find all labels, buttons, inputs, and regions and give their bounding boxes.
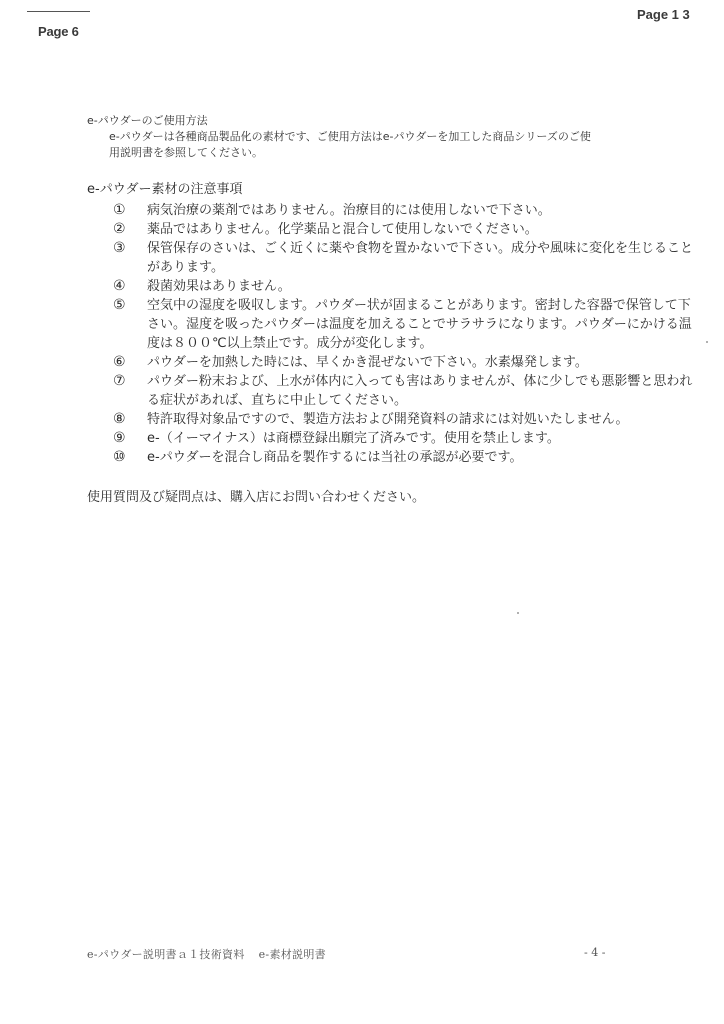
caution-text: 特許取得対象品ですので、製造方法および開発資料の請求には対処いたしません。: [147, 412, 629, 427]
caution-text: e-（イーマイナス）は商標登録出願完了済みです。使用を禁止します。: [147, 431, 560, 446]
top-rule-line: [27, 11, 90, 12]
caution-text: パウダー粉末および、上水が体内に入っても害はありませんが、体に少しでも悪影響と思…: [147, 374, 692, 408]
scan-speck: [706, 341, 708, 343]
caution-item: ② 薬品ではありません。化学薬品と混合して使用しないでください。: [87, 220, 697, 239]
page-label-left: Page 6: [38, 24, 79, 39]
caution-text: 空気中の湿度を吸収します。パウダー状が固まることがあります。密封した容器で保管し…: [147, 298, 692, 351]
caution-number: ①: [113, 201, 126, 220]
usage-section: e-パウダーのご使用方法 e-パウダーは各種商品製品化の素材です、ご使用方法はe…: [87, 113, 699, 161]
usage-body-line-2: 用説明書を参照してください。: [109, 145, 699, 161]
footer-doc-title: e-パウダー説明書ａ１技術資料: [87, 948, 245, 961]
inquiry-note: 使用質問及び疑問点は、購入店にお問い合わせください。: [87, 488, 425, 507]
caution-number: ⑧: [113, 410, 126, 429]
cautions-list: ① 病気治療の薬剤ではありません。治療目的には使用しないで下さい。 ② 薬品では…: [87, 201, 697, 467]
scan-speck: [244, 135, 246, 137]
caution-text: 病気治療の薬剤ではありません。治療目的には使用しないで下さい。: [147, 203, 551, 218]
cautions-heading: e-パウダー素材の注意事項: [87, 180, 697, 199]
caution-number: ⑦: [113, 372, 126, 391]
caution-text: e-パウダーを混合し商品を製作するには当社の承認が必要です。: [147, 450, 523, 465]
footer-document-title: e-パウダー説明書ａ１技術資料e-素材説明書: [87, 946, 326, 962]
caution-number: ⑩: [113, 448, 126, 467]
caution-item: ① 病気治療の薬剤ではありません。治療目的には使用しないで下さい。: [87, 201, 697, 220]
usage-body-line-1: e-パウダーは各種商品製品化の素材です、ご使用方法はe-パウダーを加工した商品シ…: [109, 129, 699, 145]
footer-page-number: - 4 -: [584, 946, 605, 959]
usage-body: e-パウダーは各種商品製品化の素材です、ご使用方法はe-パウダーを加工した商品シ…: [109, 129, 699, 161]
caution-item: ⑤ 空気中の湿度を吸収します。パウダー状が固まることがあります。密封した容器で保…: [87, 296, 697, 353]
caution-text: パウダーを加熱した時には、早くかき混ぜないで下さい。水素爆発します。: [147, 355, 588, 370]
caution-item: ⑥ パウダーを加熱した時には、早くかき混ぜないで下さい。水素爆発します。: [87, 353, 697, 372]
caution-number: ⑥: [113, 353, 126, 372]
caution-item: ⑩ e-パウダーを混合し商品を製作するには当社の承認が必要です。: [87, 448, 697, 467]
caution-item: ③ 保管保存のさいは、ごく近くに薬や食物を置かないで下さい。成分や風味に変化を生…: [87, 239, 697, 277]
caution-number: ④: [113, 277, 126, 296]
scan-speck: [517, 612, 519, 614]
caution-item: ⑨ e-（イーマイナス）は商標登録出願完了済みです。使用を禁止します。: [87, 429, 697, 448]
caution-item: ④ 殺菌効果はありません。: [87, 277, 697, 296]
caution-item: ⑧ 特許取得対象品ですので、製造方法および開発資料の請求には対処いたしません。: [87, 410, 697, 429]
caution-text: 殺菌効果はありません。: [147, 279, 291, 294]
caution-number: ⑨: [113, 429, 126, 448]
caution-number: ③: [113, 239, 126, 258]
caution-text: 薬品ではありません。化学薬品と混合して使用しないでください。: [147, 222, 538, 237]
cautions-section: e-パウダー素材の注意事項 ① 病気治療の薬剤ではありません。治療目的には使用し…: [87, 180, 697, 467]
caution-number: ⑤: [113, 296, 126, 315]
footer-doc-subtitle: e-素材説明書: [259, 948, 326, 961]
caution-item: ⑦ パウダー粉末および、上水が体内に入っても害はありませんが、体に少しでも悪影響…: [87, 372, 697, 410]
usage-heading: e-パウダーのご使用方法: [87, 113, 699, 129]
page-label-right: Page 1 3: [637, 7, 690, 22]
caution-text: 保管保存のさいは、ごく近くに薬や食物を置かないで下さい。成分や風味に変化を生じる…: [147, 241, 693, 275]
caution-number: ②: [113, 220, 126, 239]
